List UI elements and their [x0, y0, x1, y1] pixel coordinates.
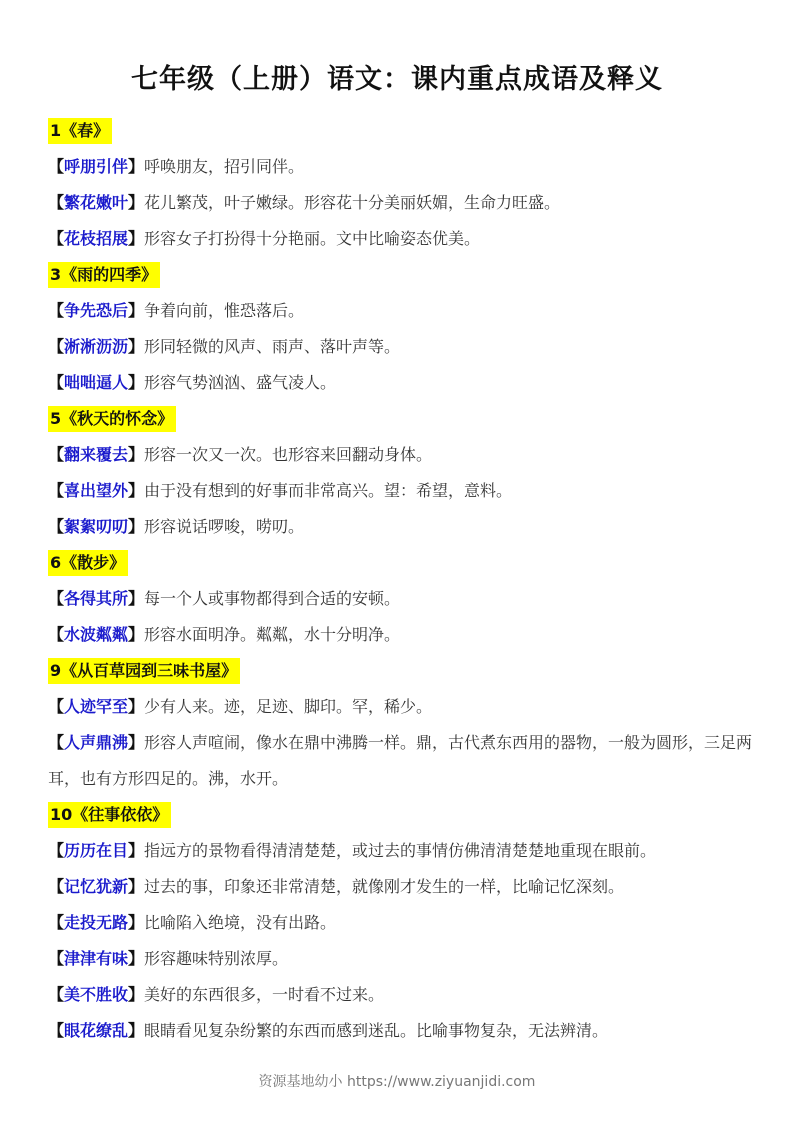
- idiom-term: 喜出望外: [64, 481, 128, 500]
- bracket-close: 】: [128, 985, 144, 1004]
- idiom-term: 人声鼎沸: [64, 733, 128, 752]
- idiom-term: 美不胜收: [64, 985, 128, 1004]
- idiom-term: 人迹罕至: [64, 697, 128, 716]
- idiom-entry: 【各得其所】每一个人或事物都得到合适的安顿。: [48, 581, 768, 617]
- bracket-close: 】: [128, 877, 144, 896]
- idiom-definition: 少有人来。迹，足迹、脚印。罕，稀少。: [144, 697, 432, 716]
- bracket-close: 】: [128, 193, 144, 212]
- idiom-entry: 【美不胜收】美好的东西很多，一时看不过来。: [48, 977, 768, 1013]
- idiom-definition: 呼唤朋友，招引同伴。: [144, 157, 304, 176]
- idiom-term: 淅淅沥沥: [64, 337, 128, 356]
- bracket-open: 【: [48, 913, 64, 932]
- bracket-close: 】: [128, 589, 144, 608]
- bracket-open: 【: [48, 229, 64, 248]
- idiom-term: 眼花缭乱: [64, 1021, 128, 1040]
- idiom-term: 絮絮叨叨: [64, 517, 128, 536]
- bracket-open: 【: [48, 517, 64, 536]
- idiom-entry: 【津津有味】形容趣味特别浓厚。: [48, 941, 768, 977]
- idiom-entry: 【呼朋引伴】呼唤朋友，招引同伴。: [48, 149, 768, 185]
- bracket-open: 【: [48, 481, 64, 500]
- idiom-term: 各得其所: [64, 589, 128, 608]
- idiom-term: 呼朋引伴: [64, 157, 128, 176]
- bracket-close: 】: [128, 229, 144, 248]
- idiom-definition: 指远方的景物看得清清楚楚，或过去的事情仿佛清清楚楚地重现在眼前。: [144, 841, 656, 860]
- lesson-section: 1《春》【呼朋引伴】呼唤朋友，招引同伴。【繁花嫩叶】花儿繁茂，叶子嫩绿。形容花十…: [48, 113, 768, 257]
- idiom-entry: 【走投无路】比喻陷入绝境，没有出路。: [48, 905, 768, 941]
- idiom-definition: 形容气势汹汹、盛气凌人。: [144, 373, 336, 392]
- idiom-term: 繁花嫩叶: [64, 193, 128, 212]
- idiom-definition: 比喻陷入绝境，没有出路。: [144, 913, 336, 932]
- idiom-entry: 【争先恐后】争着向前，惟恐落后。: [48, 293, 768, 329]
- lesson-section: 9《从百草园到三味书屋》【人迹罕至】少有人来。迹，足迹、脚印。罕，稀少。【人声鼎…: [48, 653, 768, 797]
- idiom-term: 历历在目: [64, 841, 128, 860]
- lesson-heading: 3《雨的四季》: [48, 262, 160, 288]
- lesson-heading: 1《春》: [48, 118, 112, 144]
- bracket-open: 【: [48, 157, 64, 176]
- idiom-definition: 形容水面明净。粼粼，水十分明净。: [144, 625, 400, 644]
- idiom-definition: 形容女子打扮得十分艳丽。文中比喻姿态优美。: [144, 229, 480, 248]
- idiom-entry: 【咄咄逼人】形容气势汹汹、盛气凌人。: [48, 365, 768, 401]
- bracket-open: 【: [48, 949, 64, 968]
- bracket-open: 【: [48, 193, 64, 212]
- bracket-close: 】: [128, 445, 144, 464]
- idiom-definition: 形同轻微的风声、雨声、落叶声等。: [144, 337, 400, 356]
- bracket-open: 【: [48, 301, 64, 320]
- idiom-definition: 每一个人或事物都得到合适的安顿。: [144, 589, 400, 608]
- bracket-open: 【: [48, 733, 64, 752]
- idiom-definition: 形容说话啰唆，唠叨。: [144, 517, 304, 536]
- bracket-open: 【: [48, 337, 64, 356]
- idiom-entry: 【淅淅沥沥】形同轻微的风声、雨声、落叶声等。: [48, 329, 768, 365]
- bracket-open: 【: [48, 697, 64, 716]
- bracket-close: 】: [128, 949, 144, 968]
- bracket-close: 】: [128, 373, 144, 392]
- idiom-entry: 【水波粼粼】形容水面明净。粼粼，水十分明净。: [48, 617, 768, 653]
- idiom-term: 争先恐后: [64, 301, 128, 320]
- idiom-entry: 【花枝招展】形容女子打扮得十分艳丽。文中比喻姿态优美。: [48, 221, 768, 257]
- bracket-close: 】: [128, 841, 144, 860]
- idiom-definition: 形容趣味特别浓厚。: [144, 949, 288, 968]
- idiom-entry: 【喜出望外】由于没有想到的好事而非常高兴。望：希望，意料。: [48, 473, 768, 509]
- idiom-term: 记忆犹新: [64, 877, 128, 896]
- idiom-entry: 【絮絮叨叨】形容说话啰唆，唠叨。: [48, 509, 768, 545]
- idiom-definition: 过去的事，印象还非常清楚，就像刚才发生的一样，比喻记忆深刻。: [144, 877, 624, 896]
- lesson-section: 10《往事依依》【历历在目】指远方的景物看得清清楚楚，或过去的事情仿佛清清楚楚地…: [48, 797, 768, 1049]
- bracket-close: 】: [128, 1021, 144, 1040]
- bracket-open: 【: [48, 877, 64, 896]
- bracket-close: 】: [128, 481, 144, 500]
- lesson-section: 3《雨的四季》【争先恐后】争着向前，惟恐落后。【淅淅沥沥】形同轻微的风声、雨声、…: [48, 257, 768, 401]
- idiom-term: 咄咄逼人: [64, 373, 128, 392]
- lesson-heading: 5《秋天的怀念》: [48, 406, 176, 432]
- bracket-close: 】: [128, 625, 144, 644]
- bracket-close: 】: [128, 337, 144, 356]
- bracket-close: 】: [128, 517, 144, 536]
- lesson-section: 6《散步》【各得其所】每一个人或事物都得到合适的安顿。【水波粼粼】形容水面明净。…: [48, 545, 768, 653]
- lesson-heading: 10《往事依依》: [48, 802, 171, 828]
- idiom-definition: 由于没有想到的好事而非常高兴。望：希望，意料。: [144, 481, 512, 500]
- lesson-section: 5《秋天的怀念》【翻来覆去】形容一次又一次。也形容来回翻动身体。【喜出望外】由于…: [48, 401, 768, 545]
- lesson-heading: 9《从百草园到三味书屋》: [48, 658, 240, 684]
- idiom-entry: 【翻来覆去】形容一次又一次。也形容来回翻动身体。: [48, 437, 768, 473]
- page-title: 七年级（上册）语文：课内重点成语及释义: [0, 57, 794, 96]
- bracket-open: 【: [48, 373, 64, 392]
- bracket-close: 】: [128, 697, 144, 716]
- bracket-open: 【: [48, 841, 64, 860]
- idiom-entry: 【繁花嫩叶】花儿繁茂，叶子嫩绿。形容花十分美丽妖媚，生命力旺盛。: [48, 185, 768, 221]
- idiom-term: 翻来覆去: [64, 445, 128, 464]
- idiom-definition: 花儿繁茂，叶子嫩绿。形容花十分美丽妖媚，生命力旺盛。: [144, 193, 560, 212]
- idiom-definition: 形容一次又一次。也形容来回翻动身体。: [144, 445, 432, 464]
- idiom-entry: 【人声鼎沸】形容人声喧闹，像水在鼎中沸腾一样。鼎，古代煮东西用的器物，一般为圆形…: [48, 725, 768, 797]
- bracket-open: 【: [48, 445, 64, 464]
- footer-watermark: 资源基地幼小 https://www.ziyuanjidi.com: [0, 1071, 794, 1091]
- bracket-close: 】: [128, 733, 144, 752]
- idiom-entry: 【眼花缭乱】眼睛看见复杂纷繁的东西而感到迷乱。比喻事物复杂，无法辨清。: [48, 1013, 768, 1049]
- idiom-definition: 眼睛看见复杂纷繁的东西而感到迷乱。比喻事物复杂，无法辨清。: [144, 1021, 608, 1040]
- lesson-heading: 6《散步》: [48, 550, 128, 576]
- document-body: 1《春》【呼朋引伴】呼唤朋友，招引同伴。【繁花嫩叶】花儿繁茂，叶子嫩绿。形容花十…: [48, 113, 768, 1049]
- bracket-open: 【: [48, 1021, 64, 1040]
- idiom-term: 水波粼粼: [64, 625, 128, 644]
- idiom-definition: 美好的东西很多，一时看不过来。: [144, 985, 384, 1004]
- bracket-close: 】: [128, 157, 144, 176]
- idiom-term: 津津有味: [64, 949, 128, 968]
- idiom-entry: 【人迹罕至】少有人来。迹，足迹、脚印。罕，稀少。: [48, 689, 768, 725]
- idiom-entry: 【历历在目】指远方的景物看得清清楚楚，或过去的事情仿佛清清楚楚地重现在眼前。: [48, 833, 768, 869]
- bracket-open: 【: [48, 985, 64, 1004]
- bracket-close: 】: [128, 913, 144, 932]
- idiom-entry: 【记忆犹新】过去的事，印象还非常清楚，就像刚才发生的一样，比喻记忆深刻。: [48, 869, 768, 905]
- idiom-definition: 争着向前，惟恐落后。: [144, 301, 304, 320]
- idiom-term: 花枝招展: [64, 229, 128, 248]
- bracket-open: 【: [48, 589, 64, 608]
- bracket-close: 】: [128, 301, 144, 320]
- bracket-open: 【: [48, 625, 64, 644]
- idiom-term: 走投无路: [64, 913, 128, 932]
- idiom-definition: 形容人声喧闹，像水在鼎中沸腾一样。鼎，古代煮东西用的器物，一般为圆形，三足两耳，…: [48, 733, 752, 788]
